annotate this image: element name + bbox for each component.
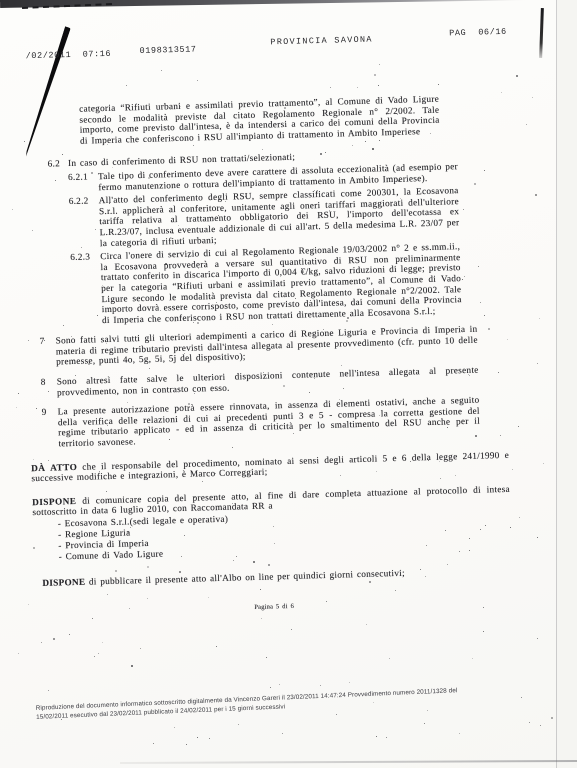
da-atto-keyword: DÀ ATTO: [31, 462, 77, 473]
subclause-text: All'atto del conferimento degli RSU, sem…: [99, 185, 460, 248]
intro-paragraph: categoria “Rifiuti urbani e assimilati p…: [79, 94, 440, 146]
document-body: categoria “Rifiuti urbani e assimilati p…: [21, 92, 517, 620]
da-atto-paragraph: DÀ ATTO che il responsabile del procedim…: [31, 449, 509, 484]
signature-note: Riproduzione del documento informatico s…: [36, 683, 564, 723]
dispone-keyword: DISPONE: [32, 496, 77, 507]
subclause-row: 6.2.2 All'atto del conferimento degli RS…: [69, 184, 507, 249]
item-text: La presente autorizzazione potrà essere …: [57, 395, 480, 449]
fax-header-datetime: /02/2011 07:16: [26, 49, 112, 61]
document-scan: /02/2011 07:16 0198313517 PROVINCIA SAVO…: [0, 0, 577, 768]
fax-page-value: 06/16: [478, 27, 507, 38]
item-number: 7: [39, 336, 56, 368]
numbered-item: 7 Sono fatti salvi tutti gli ulteriori a…: [39, 323, 510, 368]
dispone-publication-paragraph: DISPONE di pubblicare il presente atto a…: [42, 565, 512, 589]
subclause-number: 6.2.1: [68, 171, 99, 193]
subclause-number: 6.2.2: [69, 195, 100, 249]
subclause-text: Circa l'onere di servizio di cui al Rego…: [100, 241, 462, 325]
subclause-list: 6.2.1 Tale tipo di conferimento deve ave…: [68, 160, 509, 326]
numbered-item: 9 La presente autorizzazione potrà esser…: [41, 394, 512, 449]
dispone-text: di pubblicare il presente atto all'Albo …: [89, 568, 405, 587]
numbered-item-list: 7 Sono fatti salvi tutti gli ulteriori a…: [39, 323, 512, 449]
item-text: Sono fatti salvi tutti gli ulteriori ade…: [55, 324, 478, 368]
subclause-number: 6.2.3: [70, 251, 102, 326]
da-atto-text: che il responsabile del procedimento, no…: [31, 449, 509, 483]
dispone-keyword: DISPONE: [42, 577, 85, 588]
fax-page-label: PAG: [449, 28, 466, 38]
fax-header-page-count: PAG06/16: [449, 27, 507, 39]
subclause-row: 6.2.3 Circa l'onere di servizio di cui a…: [70, 240, 509, 326]
page-indicator: Pagina 5 di 6: [35, 596, 513, 620]
scanned-fax-page: /02/2011 07:16 0198313517 PROVINCIA SAVO…: [0, 0, 577, 768]
item-number: 9: [41, 407, 58, 450]
item-number: 8: [41, 377, 58, 399]
fax-header-number: 0198313517: [139, 44, 196, 56]
fax-header-sender: PROVINCIA SAVONA: [270, 34, 373, 47]
numbered-item: 8 Sono altresì fatte salve le ulteriori …: [41, 364, 511, 398]
clause-number: 6.2: [48, 159, 61, 170]
item-text: Sono altresì fatte salve le ulteriori di…: [57, 365, 479, 398]
